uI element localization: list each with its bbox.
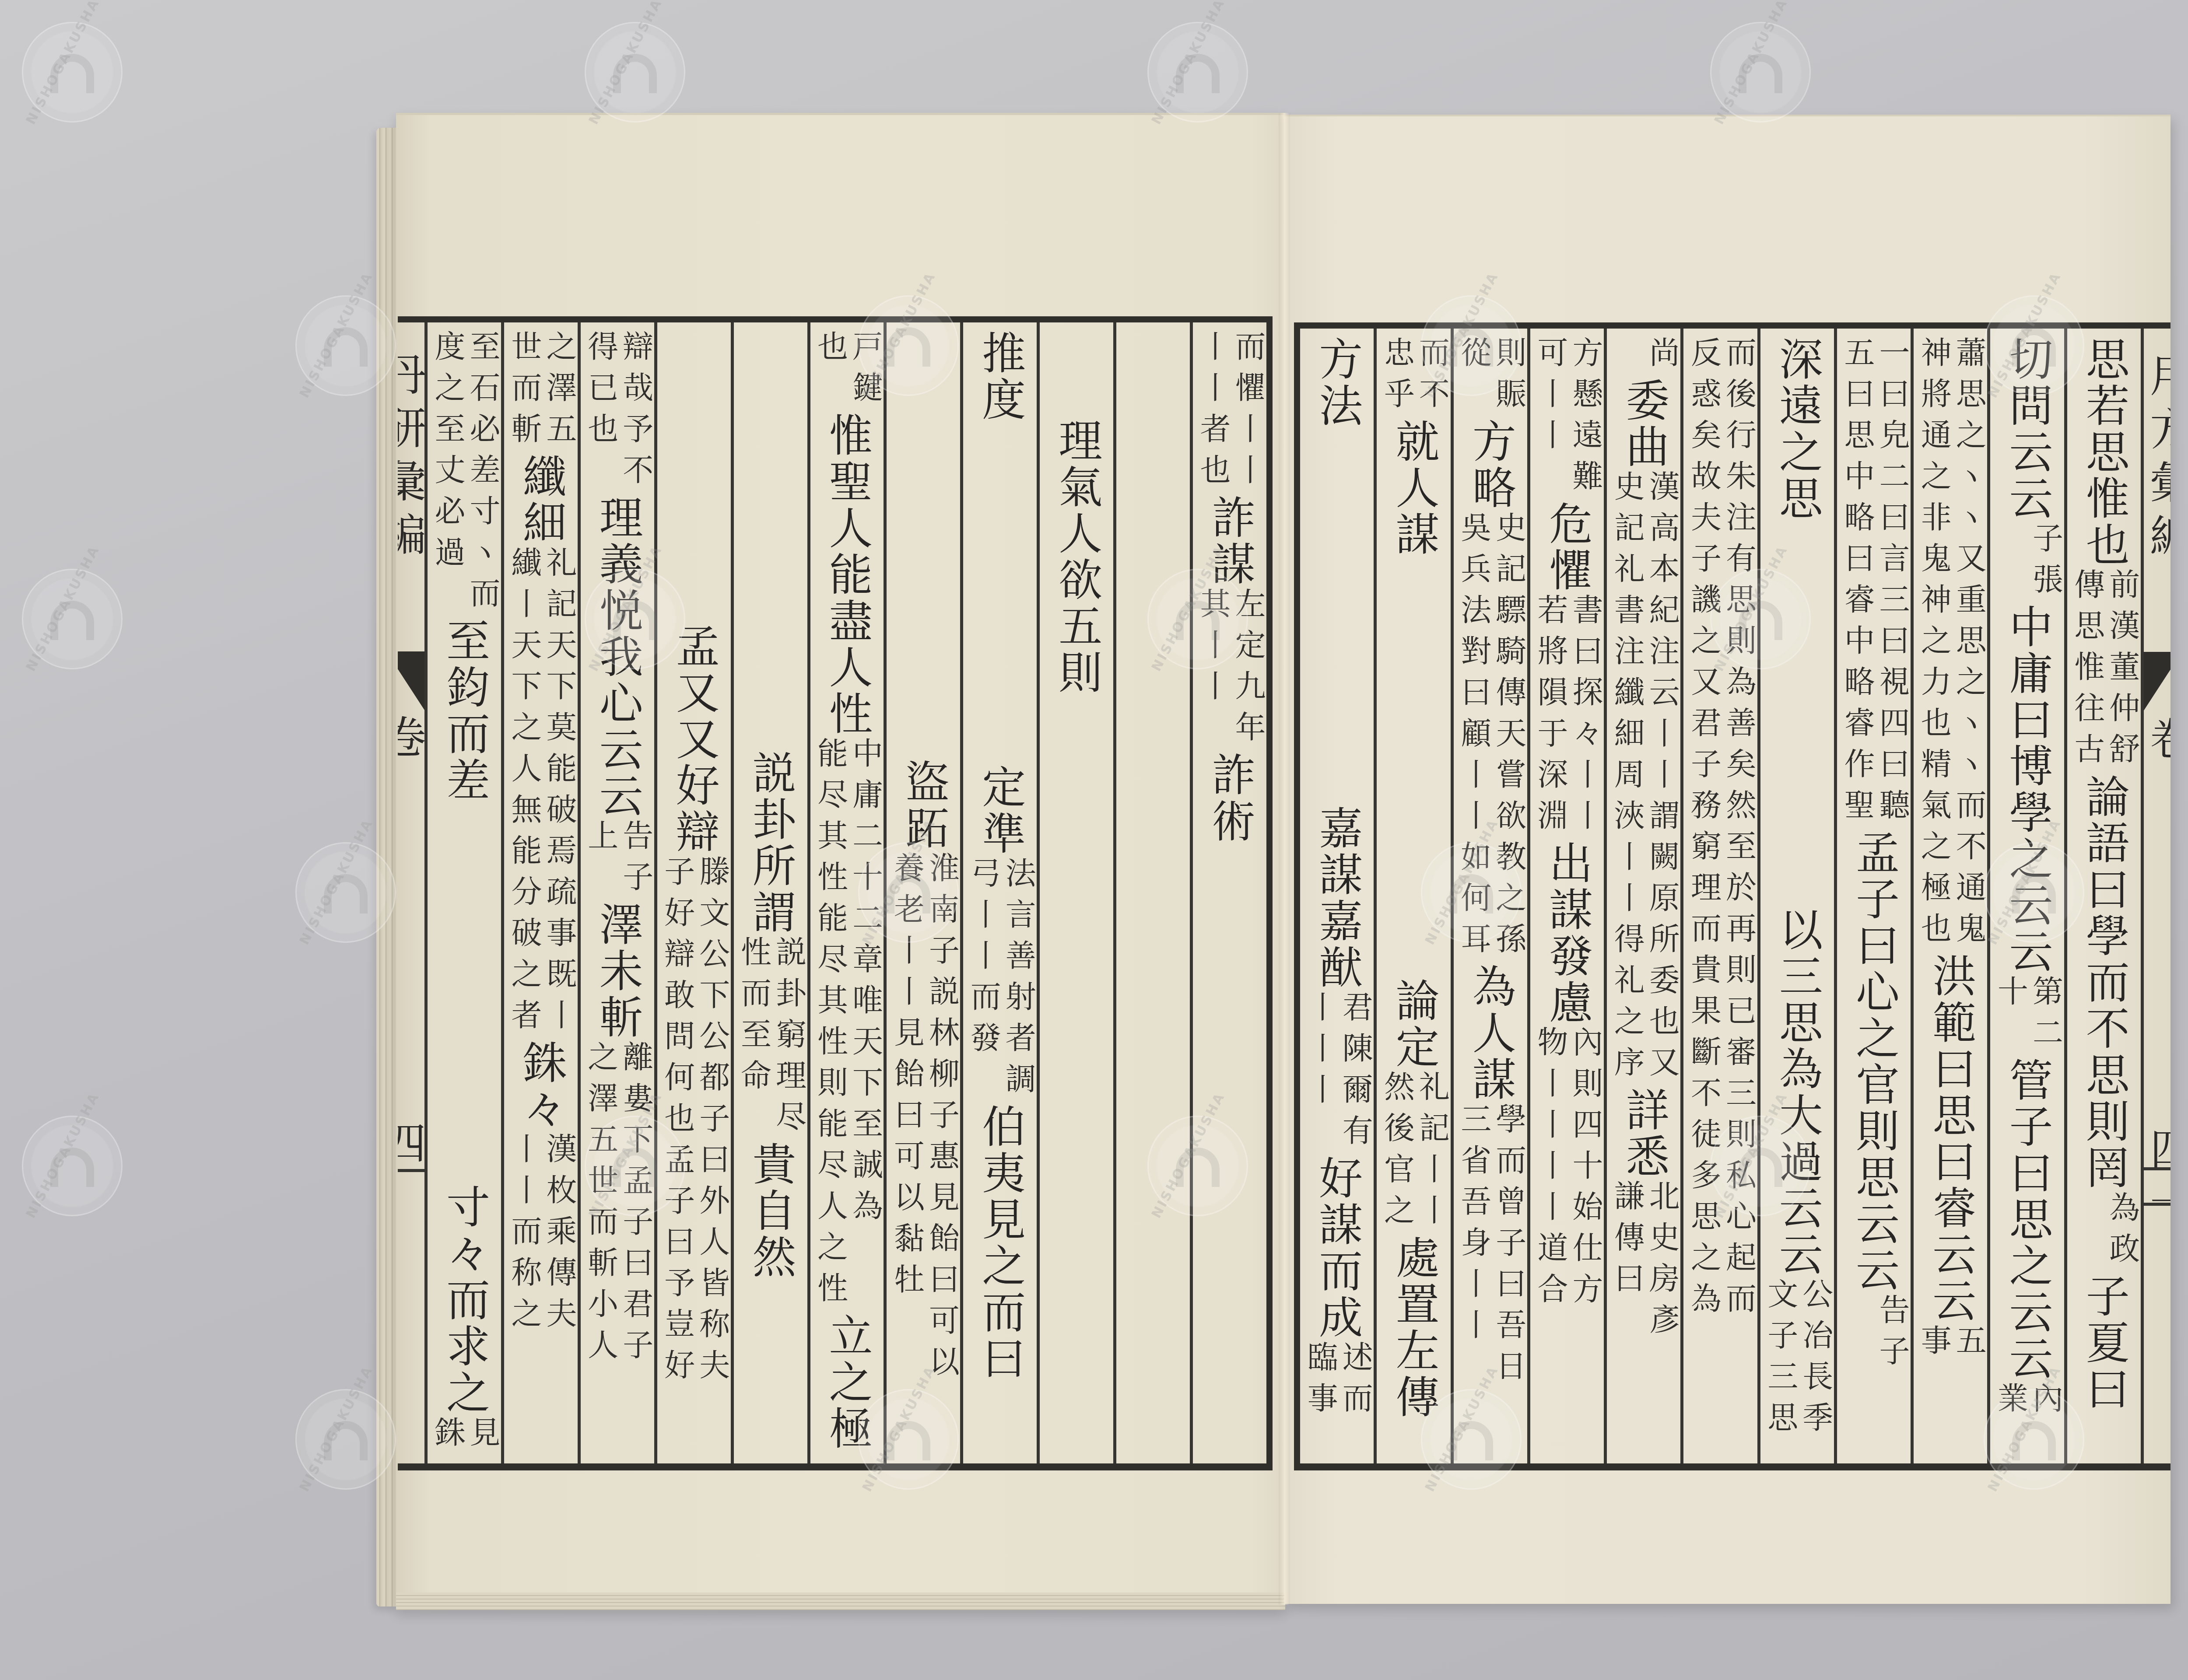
text-column: 深遠之思以三思為大過云云公冶長季文子三思 [1757,329,1834,1463]
right-page-columns: 思若思惟也前漢董仲舒傳思惟往古論語曰學而不思則罔為政子夏曰切問云云子張中庸曰博學… [1300,329,2141,1463]
column-spacer [1795,522,1799,907]
main-text-run: 定準 [976,764,1024,857]
annotation-note: 説卦窮理尽性而至命 [736,936,805,1141]
annotation-line-left: 丨丨丨 [1303,991,1336,1155]
main-text-run: 中庸曰博學之云云 [2003,604,2051,975]
annotation-line-left: 性而至命 [736,936,770,1141]
watermark-arch-icon [50,601,94,640]
annotation-line-right: 告子 [1875,1294,1908,1376]
column-spacer [1335,429,1339,805]
text-column: 則賑從方略史記驃騎傳天嘗欲教之孫吳兵法對曰顧丨丨如何耳為人謀學而曾子曰吾日三省吾… [1451,329,1527,1463]
annotation-line-left: 然後官之 [1379,1071,1413,1235]
annotation-line-right: 為政 [2105,1191,2138,1274]
annotation-line-left: 從 [1456,336,1490,419]
watermark-label: NISHOGAKUSHA [297,269,376,400]
text-column: 思若思惟也前漢董仲舒傳思惟往古論語曰學而不思則罔為政子夏曰 [2064,329,2141,1463]
annotation-note: 一曰皃二曰言三曰視四曰聽五曰思中略曰睿中略睿作聖 [1840,336,1908,830]
margin-title: 丹研彙編 [398,352,422,565]
annotation-line-right: 蕭思之ヽヽ又重思之ヽヽ而不通鬼 [1951,336,1985,953]
annotation-line-left: 臨事 [1303,1341,1336,1423]
annotation-line-left: 弓丨丨而發 [966,857,999,1104]
annotation-line-right: 書曰探々丨丨 [1568,594,1601,840]
annotation-line-left: 吳兵法對曰顧丨丨如何耳 [1456,511,1490,964]
annotation-line-right: 君陳爾有 [1338,991,1371,1155]
annotation-note: 前漢董仲舒傳思惟往古 [2070,568,2138,774]
annotation-note: 內則四十始仕方物丨丨丨丨道合 [1533,1026,1601,1314]
annotation-line-right: 説卦窮理尽 [771,936,805,1141]
annotation-line-right: 之澤五 [542,330,575,454]
text-column: 切問云云子張中庸曰博學之云云第二十管子曰思之云云內業 [1987,329,2064,1463]
annotation-line-right: 一曰皃二曰言三曰視四曰聽 [1875,336,1908,830]
main-text-run: 詐謀 [1206,495,1254,588]
annotation-line-right: 尚 [1645,336,1678,378]
watermark-arch-icon [324,327,368,367]
main-text-run: 洪範曰思曰睿云云 [1926,953,1974,1324]
text-column: 方懸遠難可丨丨危懼書曰探々丨丨若將隕于深淵出謀發慮內則四十始仕方物丨丨丨丨道合 [1527,329,1604,1463]
annotation-note: 公冶長季文子三思 [1763,1278,1831,1442]
annotation-line-left [1993,522,2027,604]
right-margin-column: 用方彙編 卷 四一 [2141,329,2170,1463]
annotation-line-right: 漢枚乘傳夫 [542,1133,575,1338]
margin-rule [398,1169,424,1172]
main-text-run: 銖々 [517,1040,565,1133]
main-text-run: 詳悉 [1620,1087,1668,1180]
watermark-label: NISHOGAKUSHA [1711,0,1791,127]
annotation-note: 法言善射者調弓丨丨而發 [966,857,1034,1104]
column-spacer [1411,558,1416,978]
margin-title: 用方彙編 [2146,353,2170,567]
watermark-arch-icon [324,874,368,913]
annotation-note: 淮南子説林柳子惠見飴曰可以養老丨丨見飴曰可以黏牡 [889,852,957,1386]
annotation-note: 尚 [1609,336,1678,378]
watermark-logo-icon: NISHOGAKUSHA [1710,22,1811,122]
main-text-run: 方略 [1466,419,1515,511]
annotation-note: 戸鍵也 [813,330,881,413]
annotation-line-right: 漢高本紀注云丨丨謂闕原所委也又 [1645,470,1678,1087]
annotation-line-right: 而後行朱注有思則為善矣然至於再則已審三則私心起而 [1722,336,1755,1323]
annotation-line-right: 五 [1951,1324,1985,1365]
main-text-run: 論定 [1389,978,1438,1071]
watermark-label: NISHOGAKUSHA [586,0,666,127]
annotation-note: 滕文公下公都子曰外人皆称夫子好辯敢問何也孟子曰予豈好 [660,855,728,1390]
annotation-line-left [2070,1191,2103,1274]
main-text-run: 寸々而求之 [440,1184,488,1416]
watermark-arch-icon [50,54,94,93]
annotation-note: 五事 [1916,1324,1985,1365]
annotation-note: 子張 [1993,522,2062,604]
main-text-run: 好謀而成 [1313,1155,1361,1341]
column-spacer [921,330,926,759]
annotation-line-right: 礼記丨丨 [1414,1071,1448,1235]
annotation-note: 礼記丨丨然後官之 [1379,1071,1448,1235]
annotation-note: 告子上 [583,819,652,902]
main-text-run: 方法 [1313,336,1361,429]
annotation-note: 辯哉予不得已也 [583,330,652,495]
main-text-run: 推度 [976,330,1024,423]
annotation-note: 離婁下孟子曰君子之澤五世而斬小人 [583,1041,652,1370]
main-text-run: 為人謀 [1466,964,1515,1103]
main-text-run: 貴自然 [747,1141,795,1281]
main-text-run: 孟子曰心之官則思云云 [1850,830,1898,1294]
main-text-run: 子夏曰 [2080,1274,2128,1413]
annotation-note: 中庸二十二章唯天下至誠為能尽其性能尽其性則能尽人之性 [813,737,881,1313]
annotation-line-right: 則賑 [1491,336,1525,419]
main-text-run: 切問云云 [2003,336,2051,522]
annotation-line-left: 可丨丨 [1533,336,1566,501]
left-page-columns: 而懼丨丨丨丨者也詐謀左定九年其丨丨詐術理氣人欲五則推度定準法言善射者調弓丨丨而發… [428,322,1266,1463]
text-column: 方法嘉謀嘉猷君陳爾有丨丨丨好謀而成述而臨事 [1300,329,1374,1463]
annotation-line-right: 至石必差寸ヽ而 [465,330,498,618]
main-text-run: 孟又又好辯 [670,623,718,855]
text-column: 而懼丨丨丨丨者也詐謀左定九年其丨丨詐術 [1190,322,1266,1463]
annotation-line-right: 中庸二十二章唯天下至誠為 [848,737,881,1313]
annotation-line-right: 北史房彥 [1645,1180,1678,1344]
annotation-line-left: 文子三思 [1763,1278,1796,1442]
main-text-run: 深遠之思 [1773,336,1821,522]
main-text-run: 出謀發慮 [1543,840,1591,1026]
text-column: 孟又又好辯滕文公下公都子曰外人皆称夫子好辯敢問何也孟子曰予豈好 [654,322,731,1463]
annotation-note: 而懼丨丨丨丨者也 [1196,330,1264,495]
annotation-line-right: 法言善射者調 [1001,857,1034,1104]
main-text-run: 管子曰思之云云 [2003,1057,2051,1382]
text-column: 一曰皃二曰言三曰視四曰聽五曰思中略曰睿中略睿作聖孟子曰心之官則思云云告子 [1834,329,1911,1463]
text-column: 之澤五世而斬纖細礼記天下莫能破焉疏事既丨纎丨天下之人無能分破之者銖々漢枚乘傳夫丨… [501,322,578,1463]
annotation-note: 則賑從 [1456,336,1525,419]
margin-rule [2144,1167,2170,1170]
annotation-line-left: 業 [1993,1382,2027,1423]
main-text-run: 伯夷見之而曰 [976,1104,1024,1382]
annotation-line-left: 之澤五世而斬小人 [583,1041,617,1370]
annotation-note: 內業 [1993,1382,2062,1423]
annotation-line-right: 第二 [2028,975,2062,1057]
margin-page-number: 四 [398,1120,422,1174]
annotation-line-left: 丨丨者也 [1196,330,1229,495]
annotation-line-right: 公冶長季 [1798,1278,1831,1442]
margin-volume: 卷 [2146,716,2170,770]
watermark-logo-icon: NISHOGAKUSHA [585,22,685,122]
main-text-run: 詐術 [1206,752,1254,845]
annotation-line-left: 忠乎 [1379,336,1413,419]
annotation-line-left: 能尽其性能尽其性則能尽人之性 [813,737,846,1313]
column-spacer [692,330,696,623]
main-text-run: 纖細 [517,454,565,546]
annotation-line-right: 內則四十始仕方 [1568,1026,1601,1314]
main-text-run: 説卦所謂 [747,750,795,936]
annotation-line-left: 養老丨丨見飴曰可以黏牡 [889,852,922,1386]
watermark-arch-icon [1176,54,1220,93]
annotation-note: 君陳爾有丨丨丨 [1303,991,1371,1155]
main-text-run: 盜跖 [899,759,947,852]
annotation-line-left: 上 [583,819,617,902]
margin-rule [2144,1203,2170,1206]
text-column: 理氣人欲五則 [1037,322,1113,1463]
main-text-run: 以三思為大過云云 [1773,907,1821,1278]
annotation-line-left: 反惑矣故夫子譏之又君子務窮理而貴果斷不徒多思之為 [1687,336,1720,1323]
annotation-line-left [1609,336,1643,378]
annotation-line-right: 學而曾子曰吾日 [1491,1103,1525,1391]
text-column: 盜跖淮南子説林柳子惠見飴曰可以養老丨丨見飴曰可以黏牡 [884,322,960,1463]
page-stack-edge [376,128,398,1606]
main-text-run: 惟聖人能盡人性 [823,413,871,737]
annotation-note: 告子 [1840,1294,1908,1376]
text-column: 説卦所謂説卦窮理尽性而至命貴自然 [731,322,807,1463]
annotation-line-left: 事 [1916,1324,1950,1365]
annotation-line-right: 告子 [618,819,652,902]
annotation-line-right: 而不 [1414,336,1448,419]
annotation-line-left: 其丨丨 [1196,588,1229,752]
annotation-line-left: 若將隕于深淵 [1533,594,1566,840]
text-column: 蕭思之ヽヽ又重思之ヽヽ而不通鬼神將通之非鬼神之力也精氣之極也洪範曰思曰睿云云五事 [1911,329,1987,1463]
main-text-run: 處置左傳 [1389,1235,1438,1421]
annotation-line-right: 離婁下孟子曰君子 [618,1041,652,1370]
main-text-run: 立之極 [823,1313,871,1452]
main-text-run: 澤未斬 [593,902,642,1041]
annotation-line-right: 辯哉予不 [618,330,652,495]
annotation-line-left: 度之至丈必過 [430,330,463,618]
watermark-arch-icon [613,54,657,93]
watermark-label: NISHOGAKUSHA [297,1363,376,1494]
annotation-note: 北史房彥謙傳曰 [1609,1180,1678,1344]
main-text-run: 至鈞而差 [440,618,488,804]
annotation-line-left: 十 [1993,975,2027,1057]
text-column: 而後行朱注有思則為善矣然至於再則已審三則私心起而反惑矣故夫子譏之又君子務窮理而貴… [1680,329,1757,1463]
annotation-note: 述而臨事 [1303,1341,1371,1423]
watermark-label: NISHOGAKUSHA [23,1089,103,1221]
annotation-note: 蕭思之ヽヽ又重思之ヽヽ而不通鬼神將通之非鬼神之力也精氣之極也 [1916,336,1985,953]
main-text-run: 理氣人欲五則 [1052,418,1101,696]
annotation-line-right: 滕文公下公都子曰外人皆称夫 [695,855,728,1390]
annotation-line-left: 銖 [430,1416,463,1457]
annotation-line-left: 世而斬 [507,330,540,454]
annotation-line-right: 前漢董仲舒 [2105,568,2138,774]
text-column: 推度定準法言善射者調弓丨丨而發伯夷見之而曰 [960,322,1037,1463]
annotation-line-left: 纎丨天下之人無能分破之者 [507,546,540,1040]
annotation-line-left: 傳思惟往古 [2070,568,2103,774]
annotation-line-left: 子好辯敢問何也孟子曰予豈好 [660,855,693,1390]
text-column: 而不忠乎就人謀論定礼記丨丨然後官之處置左傳 [1374,329,1450,1463]
annotation-note: 至石必差寸ヽ而度之至丈必過 [430,330,498,618]
annotation-line-left: 謙傳曰 [1609,1180,1643,1344]
watermark-label: NISHOGAKUSHA [23,542,103,674]
annotation-line-right: 淮南子説林柳子惠見飴曰可以 [924,852,957,1386]
annotation-note: 而不忠乎 [1379,336,1448,419]
annotation-note: 為政 [2070,1191,2138,1274]
main-text-run: 云云 [593,727,642,819]
main-text-run: 嘉謀嘉猷 [1313,805,1361,991]
right-page-frame: 思若思惟也前漢董仲舒傳思惟往古論語曰學而不思則罔為政子夏曰切問云云子張中庸曰博學… [1294,322,2170,1470]
column-spacer [998,423,1002,764]
text-column: 辯哉予不得已也理義悦我心云云告子上澤未斬離婁下孟子曰君子之澤五世而斬小人 [578,322,654,1463]
annotation-line-left: 三省吾身丨丨 [1456,1103,1490,1391]
annotation-line-left: 五曰思中略曰睿中略睿作聖 [1840,336,1873,830]
watermark-arch-icon [324,1421,368,1460]
gutter-fold [1279,113,1290,1605]
watermark-arch-icon [50,1148,94,1187]
annotation-note: 而後行朱注有思則為善矣然至於再則已審三則私心起而反惑矣故夫子譏之又君子務窮理而貴… [1687,336,1755,1323]
left-margin-column: 丹研彙編 卷 四 [398,322,428,1463]
watermark-label: NISHOGAKUSHA [297,816,376,947]
fishtail-mark-icon [2144,652,2170,710]
annotation-note: 見銖 [430,1416,498,1457]
watermark-logo-icon: NISHOGAKUSHA [22,1116,123,1216]
text-column [1113,322,1190,1463]
annotation-note: 之澤五世而斬 [507,330,575,454]
column-spacer [462,804,466,1184]
annotation-line-left: 史記礼書注纖細周浹丨丨得礼之序 [1609,470,1643,1087]
main-text-run: 論語曰學而不思則罔 [2080,774,2128,1191]
annotation-line-left: 物丨丨丨丨道合 [1533,1026,1566,1314]
watermark-arch-icon [1739,54,1782,93]
annotation-note: 礼記天下莫能破焉疏事既丨纎丨天下之人無能分破之者 [507,546,575,1040]
margin-volume: 卷 [398,714,422,768]
column-spacer [768,330,773,750]
main-text-run: 就人謀 [1389,419,1438,558]
text-column: 戸鍵也惟聖人能盡人性中庸二十二章唯天下至誠為能尽其性能尽其性則能尽人之性立之極 [807,322,884,1463]
annotation-line-right: 而懼丨丨 [1231,330,1264,495]
annotation-note: 漢高本紀注云丨丨謂闕原所委也又史記礼書注纖細周浹丨丨得礼之序 [1609,470,1678,1087]
main-text-run: 思若思惟也 [2080,336,2128,568]
annotation-note: 方懸遠難可丨丨 [1533,336,1601,501]
watermark-label: NISHOGAKUSHA [23,0,103,127]
annotation-line-right: 方懸遠難 [1568,336,1601,501]
annotation-line-left: 神將通之非鬼神之力也精氣之極也 [1916,336,1950,953]
annotation-note: 書曰探々丨丨若將隕于深淵 [1533,594,1601,840]
watermark-logo-icon: NISHOGAKUSHA [22,22,123,122]
watermark-logo-icon: NISHOGAKUSHA [22,569,123,669]
annotation-note: 史記驃騎傳天嘗欲教之孫吳兵法對曰顧丨丨如何耳 [1456,511,1525,964]
annotation-line-right: 見 [465,1416,498,1457]
photo-stage: 丹研彙編 卷 四 而懼丨丨丨丨者也詐謀左定九年其丨丨詐術理氣人欲五則推度定準法言… [0,0,2188,1680]
annotation-line-left: 也 [813,330,846,413]
left-page-frame: 丹研彙編 卷 四 而懼丨丨丨丨者也詐謀左定九年其丨丨詐術理氣人欲五則推度定準法言… [398,316,1273,1470]
annotation-line-right: 子張 [2028,522,2062,604]
main-text-run: 委曲 [1620,378,1668,470]
watermark-logo-icon: NISHOGAKUSHA [1147,22,1248,122]
annotation-line-right: 戸鍵 [848,330,881,413]
main-text-run: 理義悦我心 [593,495,642,727]
annotation-note: 漢枚乘傳夫丨丨而称之 [507,1133,575,1338]
annotation-line-left: 丨丨而称之 [507,1133,540,1338]
annotation-note: 第二十 [1993,975,2062,1057]
watermark-label: NISHOGAKUSHA [1149,0,1228,127]
annotation-line-right: 述而 [1338,1341,1371,1423]
annotation-line-left [1840,1294,1873,1376]
margin-page-number: 四一 [2146,1127,2170,1233]
text-column: 至石必差寸ヽ而度之至丈必過至鈞而差寸々而求之見銖 [428,322,501,1463]
text-column: 尚委曲漢高本紀注云丨丨謂闕原所委也又史記礼書注纖細周浹丨丨得礼之序詳悉北史房彥謙… [1604,329,1680,1463]
main-text-run: 危懼 [1543,501,1591,594]
fishtail-mark-icon [398,651,424,710]
annotation-line-right: 史記驃騎傳天嘗欲教之孫 [1491,511,1525,964]
annotation-line-right: 左定九年 [1231,588,1264,752]
column-spacer [1074,330,1079,418]
annotation-note: 學而曾子曰吾日三省吾身丨丨 [1456,1103,1525,1391]
annotation-note: 左定九年其丨丨 [1196,588,1264,752]
annotation-line-right: 礼記天下莫能破焉疏事既丨 [542,546,575,1040]
annotation-line-right: 內 [2028,1382,2062,1423]
annotation-line-left: 得已也 [583,330,617,495]
